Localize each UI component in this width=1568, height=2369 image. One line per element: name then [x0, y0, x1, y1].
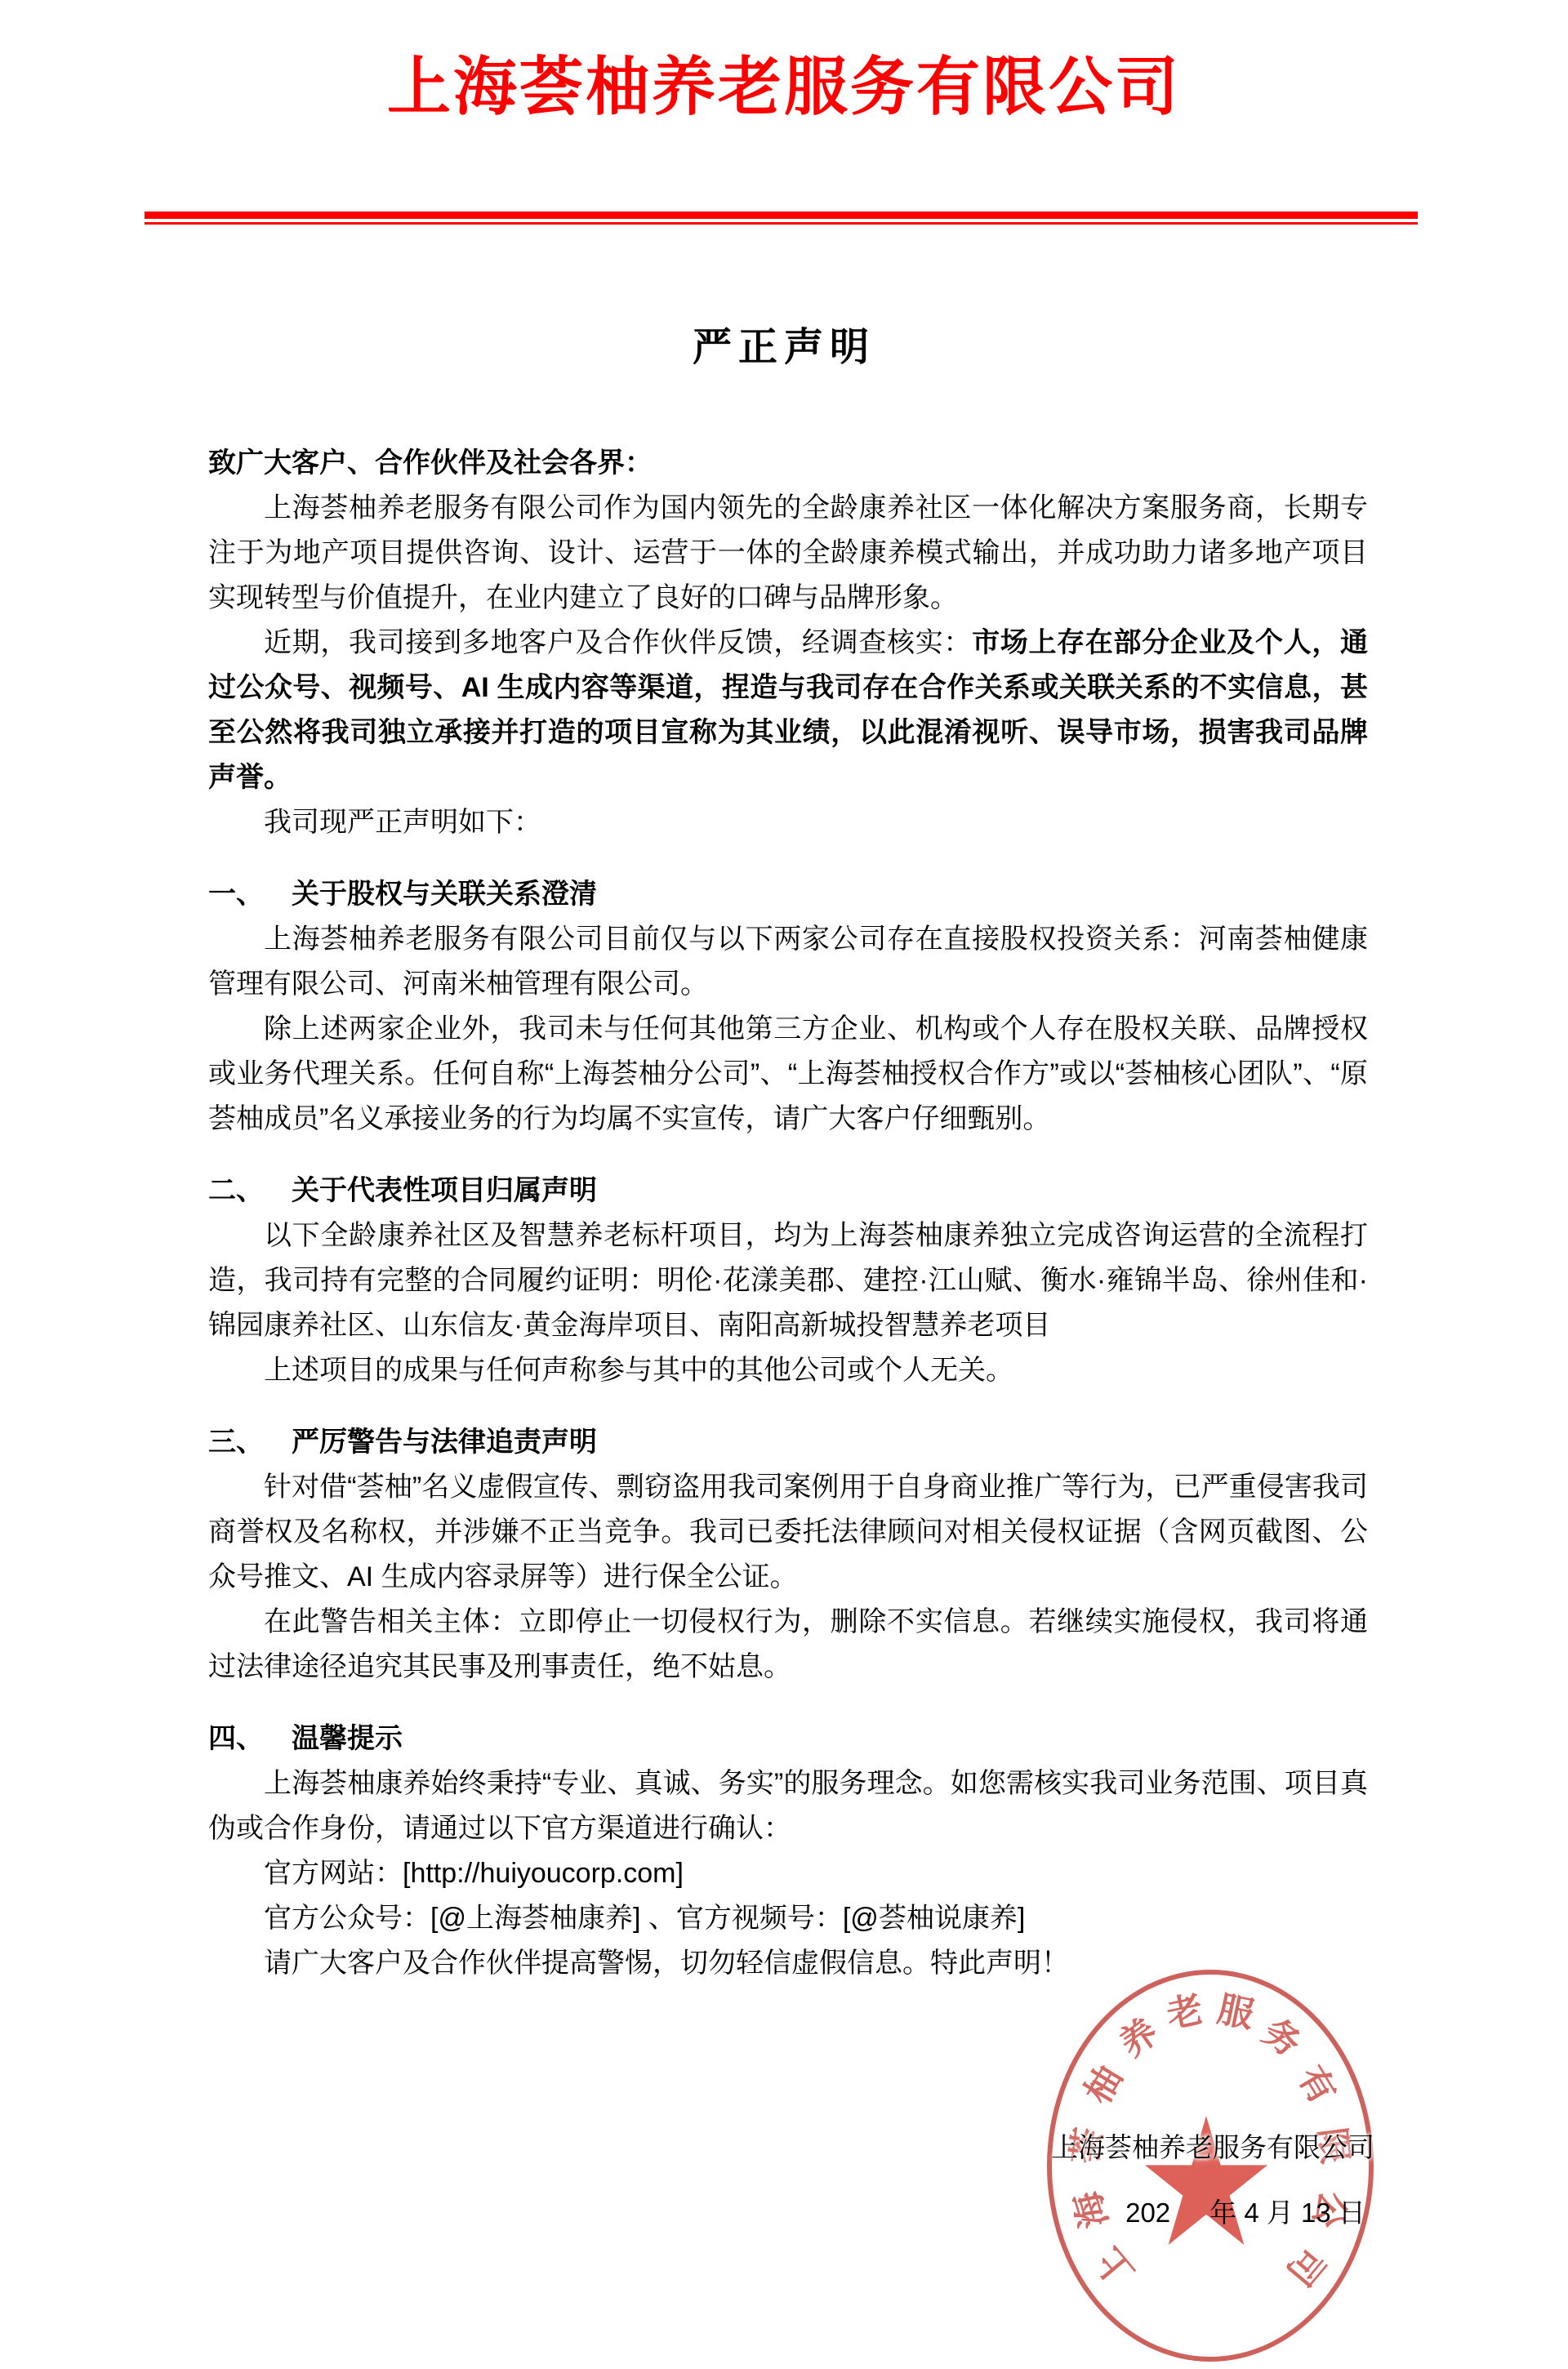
section-1-number: 一、: [208, 872, 264, 917]
intro-paragraph-1: 上海荟柚养老服务有限公司作为国内领先的全龄康养社区一体化解决方案服务商，长期专注…: [208, 486, 1368, 621]
greeting-line: 致广大客户、合作伙伴及社会各界：: [208, 441, 1368, 486]
document-title: 严正声明: [0, 315, 1568, 372]
seal-arc-character: 务: [1254, 2004, 1314, 2068]
section-4-paragraph-1: 上海荟柚康养始终秉持“专业、真诚、务实”的服务理念。如您需核实我司业务范围、项目…: [208, 1761, 1368, 1851]
section-2-title: 关于代表性项目归属声明: [292, 1175, 597, 1206]
seal-arc-character: 柚: [1069, 2055, 1133, 2113]
seal-arc-character: 服: [1214, 1979, 1259, 2038]
signature-date-suffix: 年 4 月 13 日: [1209, 2198, 1365, 2228]
section-2-paragraph-1: 以下全龄康养社区及智慧养老标杆项目，均为上海荟柚康养独立完成咨询运营的全流程打造…: [208, 1213, 1368, 1348]
declaration-lead-line: 我司现严正声明如下：: [208, 800, 1368, 845]
section-3-heading: 三、严厉警告与法律追责声明: [208, 1420, 1368, 1465]
seal-arc-character: 有: [1288, 2055, 1352, 2113]
section-4-heading: 四、温馨提示: [208, 1717, 1368, 1761]
signature-date: 202年 4 月 13 日: [1041, 2190, 1450, 2235]
intro-paragraph-2-normal: 近期，我司接到多地客户及合作伙伴反馈，经调查核实：: [264, 627, 972, 658]
official-website-line: 官方网站：[http://huiyoucorp.com]: [208, 1851, 1368, 1896]
seal-arc-character: 养: [1107, 2004, 1166, 2068]
section-1-paragraph-1: 上海荟柚养老服务有限公司目前仅与以下两家公司存在直接股权投资关系：河南荟柚健康管…: [208, 917, 1368, 1007]
official-accounts-line: 官方公众号：[@上海荟柚康养] 、官方视频号：[@荟柚说康养]: [208, 1896, 1368, 1941]
section-4-title: 温馨提示: [292, 1723, 403, 1754]
seal-arc-character: 司: [1276, 2238, 1339, 2300]
letterhead-rule-thin: [145, 222, 1418, 225]
section-3-number: 三、: [208, 1420, 264, 1465]
section-3-title: 严厉警告与法律追责声明: [292, 1427, 597, 1458]
section-3-paragraph-1: 针对借“荟柚”名义虚假宣传、剽窃盗用我司案例用于自身商业推广等行为，已严重侵害我…: [208, 1465, 1368, 1600]
signature-company-name: 上海荟柚养老服务有限公司: [1009, 2125, 1417, 2170]
section-1-title: 关于股权与关联关系澄清: [292, 879, 597, 910]
section-3-paragraph-2: 在此警告相关主体：立即停止一切侵权行为，删除不实信息。若继续实施侵权，我司将通过…: [208, 1600, 1368, 1690]
letterhead-company-name: 上海荟柚养老服务有限公司: [0, 36, 1568, 127]
section-1-paragraph-2: 除上述两家企业外，我司未与任何其他第三方企业、机构或个人存在股权关联、品牌授权或…: [208, 1007, 1368, 1142]
signature-date-prefix: 202: [1125, 2198, 1170, 2228]
section-1-heading: 一、关于股权与关联关系澄清: [208, 872, 1368, 917]
seal-arc-character: 上: [1081, 2238, 1144, 2300]
document-body: 致广大客户、合作伙伴及社会各界： 上海荟柚养老服务有限公司作为国内领先的全龄康养…: [208, 441, 1368, 1986]
section-4-number: 四、: [208, 1717, 264, 1761]
section-2-number: 二、: [208, 1169, 264, 1213]
section-2-heading: 二、关于代表性项目归属声明: [208, 1169, 1368, 1213]
letterhead-rule-thick: [145, 212, 1418, 219]
intro-paragraph-2: 近期，我司接到多地客户及合作伙伴反馈，经调查核实：市场上存在部分企业及个人，通过…: [208, 621, 1368, 800]
section-2-paragraph-2: 上述项目的成果与任何声称参与其中的其他公司或个人无关。: [208, 1348, 1368, 1393]
seal-arc-character: 老: [1161, 1979, 1207, 2038]
